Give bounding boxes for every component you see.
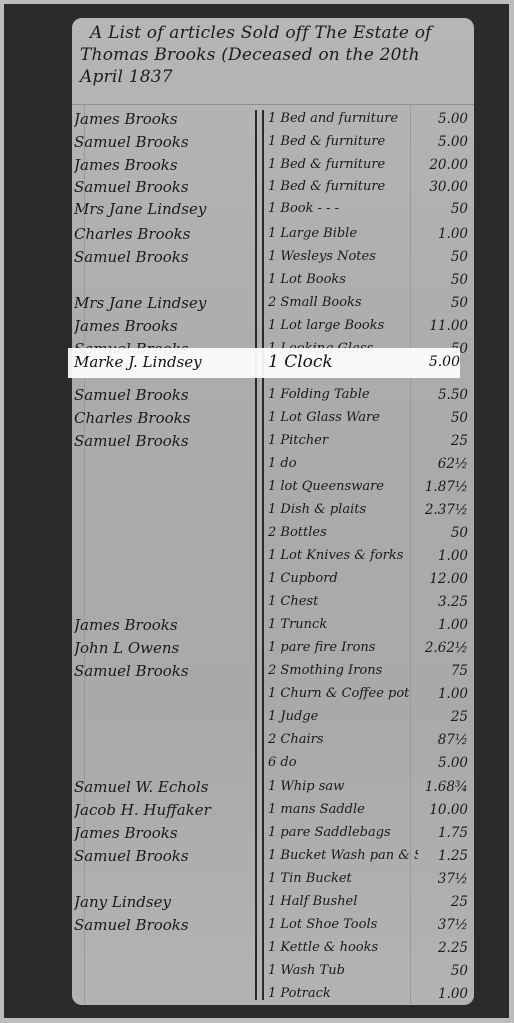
item-price: 1.00 [408, 226, 468, 242]
item-description: 2 Chairs [268, 732, 418, 747]
item-description: 1 Wash Tub [268, 963, 418, 978]
buyer-name: Samuel Brooks [74, 432, 259, 450]
item-price: 62½ [408, 456, 468, 472]
item-price: 50 [408, 272, 468, 288]
item-description: 1 Lot large Books [268, 318, 418, 333]
buyer-name: Jany Lindsey [74, 893, 259, 911]
header-divider [72, 104, 474, 105]
item-description: 1 Judge [268, 709, 418, 724]
header-line-3: April 1837 [80, 66, 470, 88]
item-price: 87½ [408, 732, 468, 748]
item-description: 6 do [268, 755, 418, 770]
item-description: 1 Lot Shoe Tools [268, 917, 418, 932]
item-price: 25 [408, 894, 468, 910]
item-description: 1 Chest [268, 594, 418, 609]
item-description: 1 Wesleys Notes [268, 249, 418, 264]
item-price: 50 [408, 525, 468, 541]
item-price: 25 [408, 709, 468, 725]
item-description: 1 pare fire Irons [268, 640, 418, 655]
item-price: 2.37½ [408, 502, 468, 518]
buyer-name: Charles Brooks [74, 409, 259, 427]
item-price: 25 [408, 433, 468, 449]
buyer-name: Samuel Brooks [74, 916, 259, 934]
highlighted-item: 1 Clock [268, 352, 333, 372]
buyer-name: Mrs Jane Lindsey [74, 294, 259, 312]
item-description: 1 Whip saw [268, 779, 418, 794]
item-description: 1 Tin Bucket [268, 871, 418, 886]
item-price: 37½ [408, 871, 468, 887]
item-description: 1 do [268, 456, 418, 471]
item-price: 5.50 [408, 387, 468, 403]
item-description: 1 Bed & furniture [268, 179, 418, 194]
item-price: 10.00 [408, 802, 468, 818]
highlighted-price: 5.00 [429, 354, 460, 370]
item-price: 1.75 [408, 825, 468, 841]
item-description: 2 Bottles [268, 525, 418, 540]
item-price: 12.00 [408, 571, 468, 587]
buyer-name: Mrs Jane Lindsey [74, 200, 259, 218]
item-description: 1 Book - - - [268, 201, 418, 216]
item-price: 37½ [408, 917, 468, 933]
header-line-1: A List of articles Sold off The Estate o… [80, 22, 470, 44]
item-description: 1 Bed & furniture [268, 157, 418, 172]
item-price: 20.00 [408, 157, 468, 173]
highlighted-ledger-row[interactable]: Marke J. Lindsey 1 Clock 5.00 [72, 348, 474, 378]
item-price: 2.62½ [408, 640, 468, 656]
item-price: 5.00 [408, 134, 468, 150]
buyer-name: Jacob H. Huffaker [74, 801, 259, 819]
item-description: 1 Lot Knives & forks [268, 548, 418, 563]
highlighted-buyer: Marke J. Lindsey [74, 353, 202, 371]
item-price: 2.25 [408, 940, 468, 956]
item-price: 1.00 [408, 686, 468, 702]
buyer-name: Samuel Brooks [74, 133, 259, 151]
buyer-name: John L Owens [74, 639, 259, 657]
item-description: 2 Small Books [268, 295, 418, 310]
item-price: 50 [408, 963, 468, 979]
item-description: 1 Bucket Wash pan & Strainer [268, 848, 418, 863]
item-description: 1 pare Saddlebags [268, 825, 418, 840]
item-description: 1 Dish & plaits [268, 502, 418, 517]
item-description: 1 Bed & furniture [268, 134, 418, 149]
buyer-name: James Brooks [74, 317, 259, 335]
item-description: 1 Cupbord [268, 571, 418, 586]
buyer-name: James Brooks [74, 824, 259, 842]
buyer-name: Samuel Brooks [74, 662, 259, 680]
item-price: 1.87½ [408, 479, 468, 495]
item-description: 1 Potrack [268, 986, 418, 1001]
ledger-row[interactable]: dodo1 Potrack1.00 [72, 981, 474, 1005]
item-description: 1 Pitcher [268, 433, 418, 448]
item-price: 75 [408, 663, 468, 679]
item-description: 1 Kettle & hooks [268, 940, 418, 955]
item-description: 1 Trunck [268, 617, 418, 632]
item-price: 50 [408, 201, 468, 217]
buyer-name: Samuel Brooks [74, 248, 259, 266]
item-price: 5.00 [408, 111, 468, 127]
item-price: 5.00 [408, 755, 468, 771]
buyer-name: Samuel Brooks [74, 847, 259, 865]
buyer-name: Samuel Brooks [74, 178, 259, 196]
buyer-name: Samuel Brooks [74, 386, 259, 404]
item-price: 1.25 [408, 848, 468, 864]
buyer-name: Samuel W. Echols [74, 778, 259, 796]
header-line-2: Thomas Brooks (Deceased on the 20th [80, 44, 470, 66]
document-header: A List of articles Sold off The Estate o… [80, 22, 470, 88]
item-description: 1 Lot Glass Ware [268, 410, 418, 425]
item-price: 30.00 [408, 179, 468, 195]
buyer-name: James Brooks [74, 156, 259, 174]
item-price: 3.25 [408, 594, 468, 610]
item-price: 1.00 [408, 986, 468, 1002]
item-description: 1 Folding Table [268, 387, 418, 402]
item-price: 50 [408, 295, 468, 311]
item-description: 1 Churn & Coffee pot [268, 686, 418, 701]
buyer-name: Charles Brooks [74, 225, 259, 243]
item-description: 1 Lot Books [268, 272, 418, 287]
item-description: 1 Half Bushel [268, 894, 418, 909]
item-price: 50 [408, 249, 468, 265]
buyer-name: James Brooks [74, 616, 259, 634]
item-price: 1.00 [408, 617, 468, 633]
item-price: 11.00 [408, 318, 468, 334]
item-price: 1.00 [408, 548, 468, 564]
item-price: 1.68¾ [408, 779, 468, 795]
item-description: 1 lot Queensware [268, 479, 418, 494]
item-description: 1 Large Bible [268, 226, 418, 241]
item-description: 1 Bed and furniture [268, 111, 418, 126]
item-description: 2 Smothing Irons [268, 663, 418, 678]
buyer-name: James Brooks [74, 110, 259, 128]
item-description: 1 mans Saddle [268, 802, 418, 817]
document-page: A List of articles Sold off The Estate o… [72, 18, 474, 1005]
item-price: 50 [408, 410, 468, 426]
